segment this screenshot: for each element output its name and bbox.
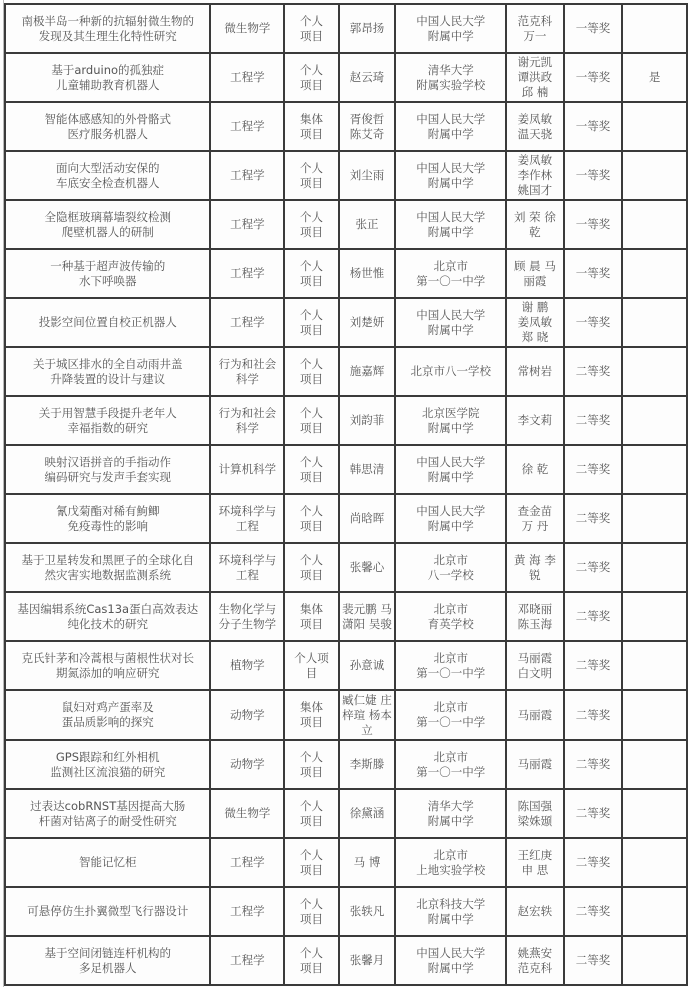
table-row: 投影空间位置自校正机器人工程学个人 项目刘楚妍中国人民大学 附属中学谢 鹏 姜凤… [5, 298, 687, 347]
extra-cell [622, 789, 687, 838]
category-cell: 环境科学与 工程 [210, 494, 284, 543]
project-type-cell: 集体 项目 [284, 102, 338, 151]
school-cell: 中国人民大学 附属中学 [395, 494, 506, 543]
advisors-cell: 徐 乾 [506, 445, 564, 494]
advisors-cell: 姚燕安 范克科 [506, 936, 564, 985]
project-type-cell: 个人项 目 [284, 641, 338, 690]
project-title-cell: 可悬停仿生扑翼微型飞行器设计 [5, 887, 210, 936]
students-cell: 施嘉辉 [339, 347, 395, 396]
table-row: 关于用智慧手段提升老年人 幸福指数的研究行为和社会 科学个人 项目刘韵菲北京医学… [5, 396, 687, 445]
award-cell: 二等奖 [564, 445, 623, 494]
students-cell: 刘楚妍 [339, 298, 395, 347]
project-title-cell: 南极半岛一种新的抗辐射微生物的 发现及其生理生化特性研究 [5, 4, 210, 53]
advisors-cell: 姜凤敏 温天骁 [506, 102, 564, 151]
project-type-cell: 个人 项目 [284, 4, 338, 53]
table-row: 智能体感感知的外骨骼式 医疗服务机器人工程学集体 项目胥俊哲 陈艾奇中国人民大学… [5, 102, 687, 151]
extra-cell [622, 396, 687, 445]
awards-table-body: 南极半岛一种新的抗辐射微生物的 发现及其生理生化特性研究微生物学个人 项目郭昂扬… [5, 4, 687, 985]
table-row: 南极半岛一种新的抗辐射微生物的 发现及其生理生化特性研究微生物学个人 项目郭昂扬… [5, 4, 687, 53]
school-cell: 北京市 第一〇一中学 [395, 690, 506, 740]
category-cell: 动物学 [210, 740, 284, 789]
extra-cell [622, 740, 687, 789]
school-cell: 中国人民大学 附属中学 [395, 200, 506, 249]
students-cell: 张馨心 [339, 543, 395, 592]
school-cell: 清华大学 附属中学 [395, 789, 506, 838]
project-type-cell: 个人 项目 [284, 887, 338, 936]
award-cell: 二等奖 [564, 347, 623, 396]
project-type-cell: 个人 项目 [284, 151, 338, 200]
category-cell: 生物化学与 分子生物学 [210, 592, 284, 641]
award-cell: 一等奖 [564, 102, 623, 151]
award-cell: 二等奖 [564, 494, 623, 543]
extra-cell [622, 838, 687, 887]
document-page: 南极半岛一种新的抗辐射微生物的 发现及其生理生化特性研究微生物学个人 项目郭昂扬… [0, 0, 692, 987]
table-row: 鼠妇对鸡产蛋率及 蛋品质影响的探究动物学集体 项目臧仁婕 庄 梓瑄 杨本 立北京… [5, 690, 687, 740]
school-cell: 北京医学院 附属中学 [395, 396, 506, 445]
category-cell: 行为和社会 科学 [210, 347, 284, 396]
award-cell: 一等奖 [564, 298, 623, 347]
project-title-cell: 基因编辑系统Cas13a蛋白高效表达 纯化技术的研究 [5, 592, 210, 641]
extra-cell [622, 151, 687, 200]
project-title-cell: 克氏针茅和冷蒿根与菌根性状对长 期氮添加的响应研究 [5, 641, 210, 690]
page-edge-right [688, 0, 692, 987]
students-cell: 李斯滕 [339, 740, 395, 789]
table-row: 基因编辑系统Cas13a蛋白高效表达 纯化技术的研究生物化学与 分子生物学集体 … [5, 592, 687, 641]
school-cell: 中国人民大学 附属中学 [395, 102, 506, 151]
project-title-cell: 智能体感感知的外骨骼式 医疗服务机器人 [5, 102, 210, 151]
category-cell: 工程学 [210, 53, 284, 102]
project-title-cell: 映射汉语拼音的手指动作 编码研究与发声手套实现 [5, 445, 210, 494]
students-cell: 赵云琦 [339, 53, 395, 102]
project-title-cell: 过表达cobRNST基因提高大肠 杆菌对钴离子的耐受性研究 [5, 789, 210, 838]
advisors-cell: 顾 晨 马 丽霞 [506, 249, 564, 298]
school-cell: 中国人民大学 附属中学 [395, 445, 506, 494]
advisors-cell: 李文莉 [506, 396, 564, 445]
table-row: 克氏针茅和冷蒿根与菌根性状对长 期氮添加的响应研究植物学个人项 目孙意诚北京市 … [5, 641, 687, 690]
school-cell: 北京市 育英学校 [395, 592, 506, 641]
project-type-cell: 个人 项目 [284, 347, 338, 396]
project-type-cell: 个人 项目 [284, 494, 338, 543]
table-row: 基于arduino的孤独症 儿童辅助教育机器人工程学个人 项目赵云琦清华大学 附… [5, 53, 687, 102]
project-title-cell: 投影空间位置自校正机器人 [5, 298, 210, 347]
advisors-cell: 王红庚 申 思 [506, 838, 564, 887]
category-cell: 工程学 [210, 936, 284, 985]
award-cell: 二等奖 [564, 887, 623, 936]
project-type-cell: 个人 项目 [284, 396, 338, 445]
project-title-cell: 鼠妇对鸡产蛋率及 蛋品质影响的探究 [5, 690, 210, 740]
table-row: 基于空间闭链连杆机构的 多足机器人工程学个人 项目张馨月中国人民大学 附属中学姚… [5, 936, 687, 985]
award-cell: 二等奖 [564, 543, 623, 592]
advisors-cell: 马丽霞 [506, 690, 564, 740]
category-cell: 工程学 [210, 102, 284, 151]
project-title-cell: 全隐框玻璃幕墙裂纹检测 爬壁机器人的研制 [5, 200, 210, 249]
advisors-cell: 邓晓丽 陈玉海 [506, 592, 564, 641]
table-row: 一种基于超声波传输的 水下呼唤器工程学个人 项目杨世惟北京市 第一〇一中学顾 晨… [5, 249, 687, 298]
advisors-cell: 谢元凯 谭洪政 邱 楠 [506, 53, 564, 102]
students-cell: 郭昂扬 [339, 4, 395, 53]
category-cell: 工程学 [210, 298, 284, 347]
category-cell: 动物学 [210, 690, 284, 740]
table-row: 映射汉语拼音的手指动作 编码研究与发声手套实现计算机科学个人 项目韩思清中国人民… [5, 445, 687, 494]
project-type-cell: 个人 项目 [284, 445, 338, 494]
students-cell: 刘尘雨 [339, 151, 395, 200]
advisors-cell: 查金苗 万 丹 [506, 494, 564, 543]
extra-cell [622, 347, 687, 396]
award-cell: 二等奖 [564, 641, 623, 690]
extra-cell [622, 936, 687, 985]
project-title-cell: 关于城区排水的全自动雨井盖 升降装置的设计与建议 [5, 347, 210, 396]
category-cell: 行为和社会 科学 [210, 396, 284, 445]
project-type-cell: 个人 项目 [284, 936, 338, 985]
school-cell: 北京市 第一〇一中学 [395, 641, 506, 690]
table-row: 面向大型活动安保的 车底安全检查机器人工程学个人 项目刘尘雨中国人民大学 附属中… [5, 151, 687, 200]
students-cell: 张馨月 [339, 936, 395, 985]
table-row: 过表达cobRNST基因提高大肠 杆菌对钴离子的耐受性研究微生物学个人 项目徐黛… [5, 789, 687, 838]
advisors-cell: 刘 荣 徐 乾 [506, 200, 564, 249]
project-title-cell: 关于用智慧手段提升老年人 幸福指数的研究 [5, 396, 210, 445]
table-row: 关于城区排水的全自动雨井盖 升降装置的设计与建议行为和社会 科学个人 项目施嘉辉… [5, 347, 687, 396]
school-cell: 北京市 第一〇一中学 [395, 740, 506, 789]
category-cell: 工程学 [210, 151, 284, 200]
extra-cell [622, 249, 687, 298]
project-title-cell: 基于卫星转发和黑匣子的全球化自 然灾害实地数据监测系统 [5, 543, 210, 592]
project-title-cell: 氰戊菊酯对稀有鮈鲫 免疫毒性的影响 [5, 494, 210, 543]
project-title-cell: 基于空间闭链连杆机构的 多足机器人 [5, 936, 210, 985]
extra-cell [622, 4, 687, 53]
school-cell: 北京科技大学 附属中学 [395, 887, 506, 936]
school-cell: 中国人民大学 附属中学 [395, 936, 506, 985]
table-row: GPS跟踪和红外相机 监测社区流浪猫的研究动物学个人 项目李斯滕北京市 第一〇一… [5, 740, 687, 789]
advisors-cell: 范克科 万一 [506, 4, 564, 53]
award-cell: 一等奖 [564, 151, 623, 200]
project-type-cell: 个人 项目 [284, 298, 338, 347]
advisors-cell: 谢 鹏 姜凤敏 郑 晓 [506, 298, 564, 347]
students-cell: 马 博 [339, 838, 395, 887]
table-row: 全隐框玻璃幕墙裂纹检测 爬壁机器人的研制工程学个人 项目张正中国人民大学 附属中… [5, 200, 687, 249]
award-cell: 一等奖 [564, 53, 623, 102]
extra-cell [622, 494, 687, 543]
project-title-cell: 面向大型活动安保的 车底安全检查机器人 [5, 151, 210, 200]
advisors-cell: 常树岩 [506, 347, 564, 396]
students-cell: 徐黛涵 [339, 789, 395, 838]
extra-cell [622, 102, 687, 151]
project-type-cell: 集体 项目 [284, 592, 338, 641]
school-cell: 北京市八一学校 [395, 347, 506, 396]
school-cell: 清华大学 附属实验学校 [395, 53, 506, 102]
award-cell: 二等奖 [564, 396, 623, 445]
extra-cell [622, 641, 687, 690]
students-cell: 张正 [339, 200, 395, 249]
advisors-cell: 陈国强 梁姝颋 [506, 789, 564, 838]
students-cell: 胥俊哲 陈艾奇 [339, 102, 395, 151]
students-cell: 杨世惟 [339, 249, 395, 298]
table-row: 氰戊菊酯对稀有鮈鲫 免疫毒性的影响环境科学与 工程个人 项目尚晗晖中国人民大学 … [5, 494, 687, 543]
category-cell: 微生物学 [210, 4, 284, 53]
students-cell: 臧仁婕 庄 梓瑄 杨本 立 [339, 690, 395, 740]
students-cell: 尚晗晖 [339, 494, 395, 543]
project-title-cell: 基于arduino的孤独症 儿童辅助教育机器人 [5, 53, 210, 102]
table-row: 智能记忆柜工程学个人 项目马 博北京市 上地实验学校王红庚 申 思二等奖 [5, 838, 687, 887]
project-type-cell: 个人 项目 [284, 249, 338, 298]
category-cell: 微生物学 [210, 789, 284, 838]
category-cell: 植物学 [210, 641, 284, 690]
advisors-cell: 赵宏轶 [506, 887, 564, 936]
project-title-cell: 一种基于超声波传输的 水下呼唤器 [5, 249, 210, 298]
category-cell: 计算机科学 [210, 445, 284, 494]
advisors-cell: 姜凤敏 李作林 姚国才 [506, 151, 564, 200]
award-cell: 二等奖 [564, 789, 623, 838]
project-type-cell: 集体 项目 [284, 690, 338, 740]
school-cell: 中国人民大学 附属中学 [395, 4, 506, 53]
extra-cell [622, 690, 687, 740]
extra-cell: 是 [622, 53, 687, 102]
advisors-cell: 黄 海 李 锐 [506, 543, 564, 592]
advisors-cell: 马丽霞 白文明 [506, 641, 564, 690]
award-cell: 二等奖 [564, 740, 623, 789]
school-cell: 中国人民大学 附属中学 [395, 298, 506, 347]
award-cell: 一等奖 [564, 4, 623, 53]
project-type-cell: 个人 项目 [284, 543, 338, 592]
table-row: 可悬停仿生扑翼微型飞行器设计工程学个人 项目张轶凡北京科技大学 附属中学赵宏轶二… [5, 887, 687, 936]
school-cell: 北京市 第一〇一中学 [395, 249, 506, 298]
category-cell: 工程学 [210, 887, 284, 936]
awards-table: 南极半岛一种新的抗辐射微生物的 发现及其生理生化特性研究微生物学个人 项目郭昂扬… [4, 3, 688, 986]
project-title-cell: GPS跟踪和红外相机 监测社区流浪猫的研究 [5, 740, 210, 789]
school-cell: 北京市 上地实验学校 [395, 838, 506, 887]
award-cell: 二等奖 [564, 690, 623, 740]
school-cell: 中国人民大学 附属中学 [395, 151, 506, 200]
project-type-cell: 个人 项目 [284, 200, 338, 249]
category-cell: 环境科学与 工程 [210, 543, 284, 592]
students-cell: 刘韵菲 [339, 396, 395, 445]
project-type-cell: 个人 项目 [284, 53, 338, 102]
school-cell: 北京市 八一学校 [395, 543, 506, 592]
students-cell: 孙意诚 [339, 641, 395, 690]
category-cell: 工程学 [210, 838, 284, 887]
extra-cell [622, 298, 687, 347]
award-cell: 一等奖 [564, 249, 623, 298]
project-type-cell: 个人 项目 [284, 789, 338, 838]
extra-cell [622, 200, 687, 249]
category-cell: 工程学 [210, 200, 284, 249]
extra-cell [622, 592, 687, 641]
category-cell: 工程学 [210, 249, 284, 298]
extra-cell [622, 543, 687, 592]
students-cell: 张轶凡 [339, 887, 395, 936]
award-cell: 二等奖 [564, 838, 623, 887]
extra-cell [622, 887, 687, 936]
award-cell: 一等奖 [564, 200, 623, 249]
project-type-cell: 个人 项目 [284, 838, 338, 887]
students-cell: 裴元鹏 马 潇阳 吴骏 [339, 592, 395, 641]
award-cell: 二等奖 [564, 592, 623, 641]
table-row: 基于卫星转发和黑匣子的全球化自 然灾害实地数据监测系统环境科学与 工程个人 项目… [5, 543, 687, 592]
extra-cell [622, 445, 687, 494]
students-cell: 韩思清 [339, 445, 395, 494]
project-title-cell: 智能记忆柜 [5, 838, 210, 887]
award-cell: 二等奖 [564, 936, 623, 985]
project-type-cell: 个人 项目 [284, 740, 338, 789]
advisors-cell: 马丽霞 [506, 740, 564, 789]
